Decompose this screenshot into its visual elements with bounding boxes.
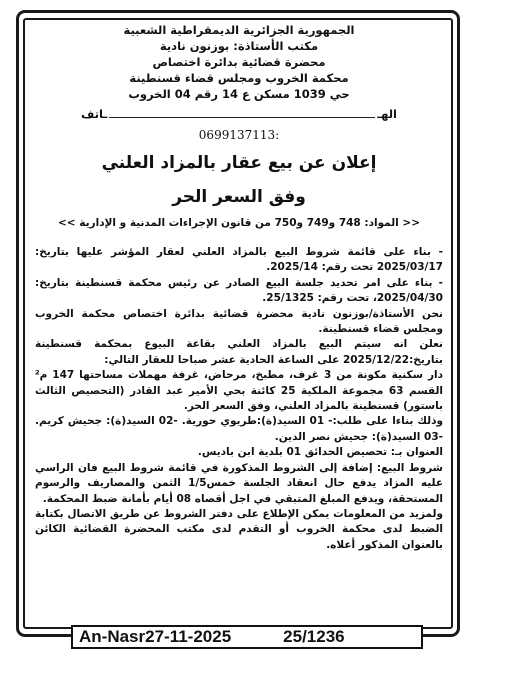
paragraph-address: العنوان بـ: تحصيص الحدائق 01 بلدية ابن ب… [35, 445, 443, 460]
publication-source-date: An-Nasr27-11-2025 [79, 627, 231, 647]
phone-label-fill-line [109, 117, 375, 118]
notice-header: الجمهورية الجزائرية الديمقراطية الشعبية … [33, 22, 445, 143]
phone-label-row: الهـ ـاتف [81, 106, 397, 122]
notice-title: إعلان عن بيع عقار بالمزاد العلني [33, 151, 445, 175]
paragraph-requesters: وذلك بناءا على طلب:- 01 السيد(ة):طريوي ح… [35, 414, 443, 445]
paragraph-property-description: دار سكنية مكونة من 3 غرف، مطبخ، مرحاض، غ… [35, 368, 443, 414]
header-line-bailiff: محضرة قضائية بدائرة اختصاص [33, 54, 445, 70]
legal-articles-reference: << المواد: 748 و749 و750 من قانون الإجرا… [33, 215, 445, 231]
paragraph-auction-date: نعلن انه سيتم البيع بالمزاد العلني بقاعة… [35, 337, 443, 368]
phone-number: 0699137113: [33, 127, 445, 143]
notice-subtitle: وفق السعر الحر [33, 185, 445, 209]
phone-label-end: ـاتف [81, 106, 107, 122]
notice-content: الجمهورية الجزائرية الديمقراطية الشعبية … [33, 22, 445, 553]
publication-footer: An-Nasr27-11-2025 25/1236 [71, 625, 423, 649]
phone-label-start: الهـ [377, 106, 397, 122]
paragraph-sale-conditions-list: - بناء على قائمة شروط البيع بالمزاد العل… [35, 245, 443, 276]
header-line-republic: الجمهورية الجزائرية الديمقراطية الشعبية [33, 22, 445, 38]
paragraph-sale-terms: شروط البيع: إضافة إلى الشروط المذكورة في… [35, 461, 443, 507]
paragraph-more-info: ولمزيد من المعلومات يمكن الإطلاع على دفت… [35, 507, 443, 553]
header-line-address: حي 1039 مسكن ع 14 رقم 04 الخروب [33, 86, 445, 102]
paragraph-hearing-order: - بناء على امر تحديد جلسة البيع الصادر ع… [35, 276, 443, 307]
paragraph-bailiff-identity: نحن الأستاذة/بوزنون نادية محضرة قضائية ب… [35, 307, 443, 338]
publication-reference-number: 25/1236 [283, 627, 344, 647]
notice-body: - بناء على قائمة شروط البيع بالمزاد العل… [33, 245, 445, 553]
header-line-office: مكتب الأستاذة: بوزنون نادية [33, 38, 445, 54]
header-line-court: محكمة الخروب ومجلس قضاء قسنطينة [33, 70, 445, 86]
